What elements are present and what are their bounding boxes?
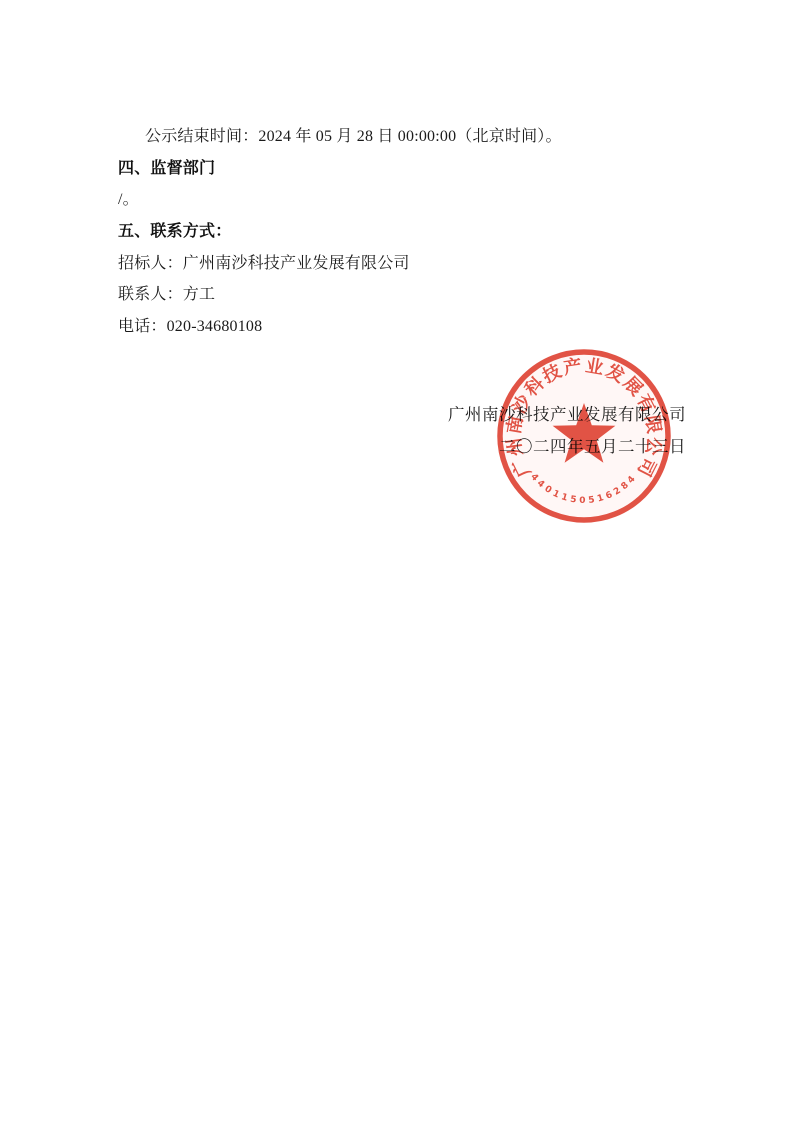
bidder-line: 招标人：广州南沙科技产业发展有限公司 [118,248,698,280]
phone-line: 电话：020-34680108 [118,311,698,343]
signature-date: 二〇二四年五月二十三日 [448,431,686,463]
section-5-heading: 五、联系方式： [118,216,698,248]
seal-serial-holder: 4401150516284 [528,472,639,506]
seal-serial-number: 4401150516284 [528,472,639,506]
section-4-body: /。 [118,184,698,216]
signature-company: 广州南沙科技产业发展有限公司 [448,399,686,431]
signature-block: 广州南沙科技产业发展有限公司 二〇二四年五月二十三日 [448,399,686,463]
document-page: 公示结束时间：2024 年 05 月 28 日 00:00:00（北京时间）。 … [0,0,794,1122]
publicity-end-time-line: 公示结束时间：2024 年 05 月 28 日 00:00:00（北京时间）。 [118,121,698,153]
seal-serial-path [526,470,642,503]
document-body: 公示结束时间：2024 年 05 月 28 日 00:00:00（北京时间）。 … [118,121,698,343]
contact-person-line: 联系人：方工 [118,279,698,311]
section-4-heading: 四、监督部门 [118,153,698,185]
